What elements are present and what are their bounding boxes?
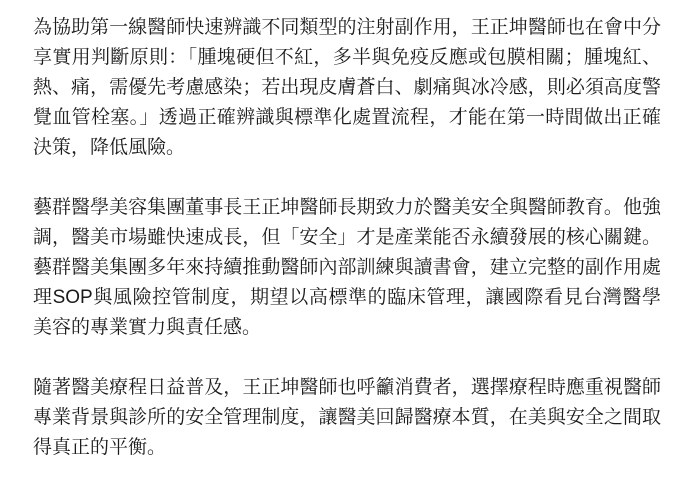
paragraph-consumer-advice: 隨著醫美療程日益普及，王正坤醫師也呼籲消費者，選擇療程時應重視醫師專業背景與診所… [33,373,661,463]
paragraph-chairman-background: 藝群醫學美容集團董事長王正坤醫師長期致力於醫美安全與醫師教育。他強調，醫美市場雖… [33,193,661,343]
paragraph-identification-principles: 為協助第一線醫師快速辨識不同類型的注射副作用，王正坤醫師也在會中分享實用判斷原則… [33,13,661,163]
article-body: 為協助第一線醫師快速辨識不同類型的注射副作用，王正坤醫師也在會中分享實用判斷原則… [0,0,688,463]
